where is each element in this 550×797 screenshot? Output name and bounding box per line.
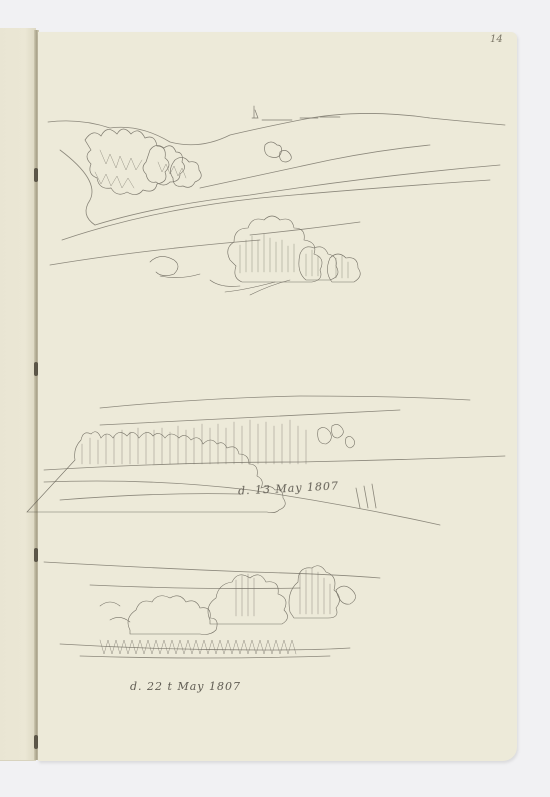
pencil-sketches [0,0,550,797]
sketch-2 [44,396,505,525]
sketch-1 [48,113,505,265]
sketch-caption-date: d. 22 t May 1807 [130,680,241,693]
sketch-3 [44,562,380,658]
